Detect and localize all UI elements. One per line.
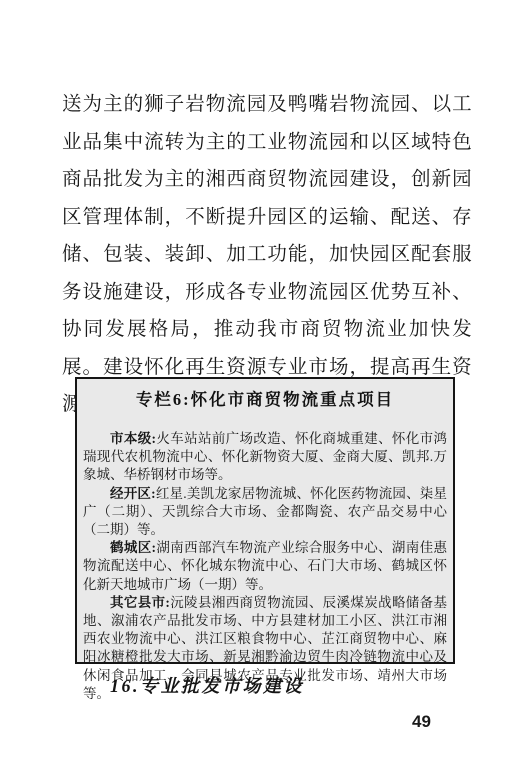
box-section-city-level: 市本级:火车站站前广场改造、怀化商城重建、怀化市鸿瑞现代农机物流中心、怀化新物资… bbox=[83, 430, 447, 485]
column-box-title: 专栏6:怀化市商贸物流重点项目 bbox=[83, 386, 447, 410]
box-section-hecheng: 鹤城区:湖南西部汽车物流产业综合服务中心、湖南佳惠物流配送中心、怀化城东物流中心… bbox=[83, 539, 447, 594]
body-paragraph: 送为主的狮子岩物流园及鸭嘴岩物流园、以工业品集中流转为主的工业物流园和以区域特色… bbox=[62, 86, 472, 424]
box-section-label: 经开区: bbox=[110, 486, 156, 501]
page-number: 49 bbox=[412, 712, 431, 732]
column-box-6: 专栏6:怀化市商贸物流重点项目 市本级:火车站站前广场改造、怀化商城重建、怀化市… bbox=[75, 377, 455, 664]
box-section-label: 市本级: bbox=[110, 431, 156, 446]
box-section-label: 其它县市: bbox=[110, 595, 170, 610]
box-section-dev-zone: 经开区:红星.美凯龙家居物流城、怀化医药物流园、柒星广（二期）、天凯综合大市场、… bbox=[83, 485, 447, 540]
document-page: 送为主的狮子岩物流园及鸭嘴岩物流园、以工业品集中流转为主的工业物流园和以区域特色… bbox=[0, 0, 529, 774]
section-heading: 16.专业批发市场建设 bbox=[110, 672, 304, 698]
box-section-label: 鹤城区: bbox=[110, 540, 156, 555]
